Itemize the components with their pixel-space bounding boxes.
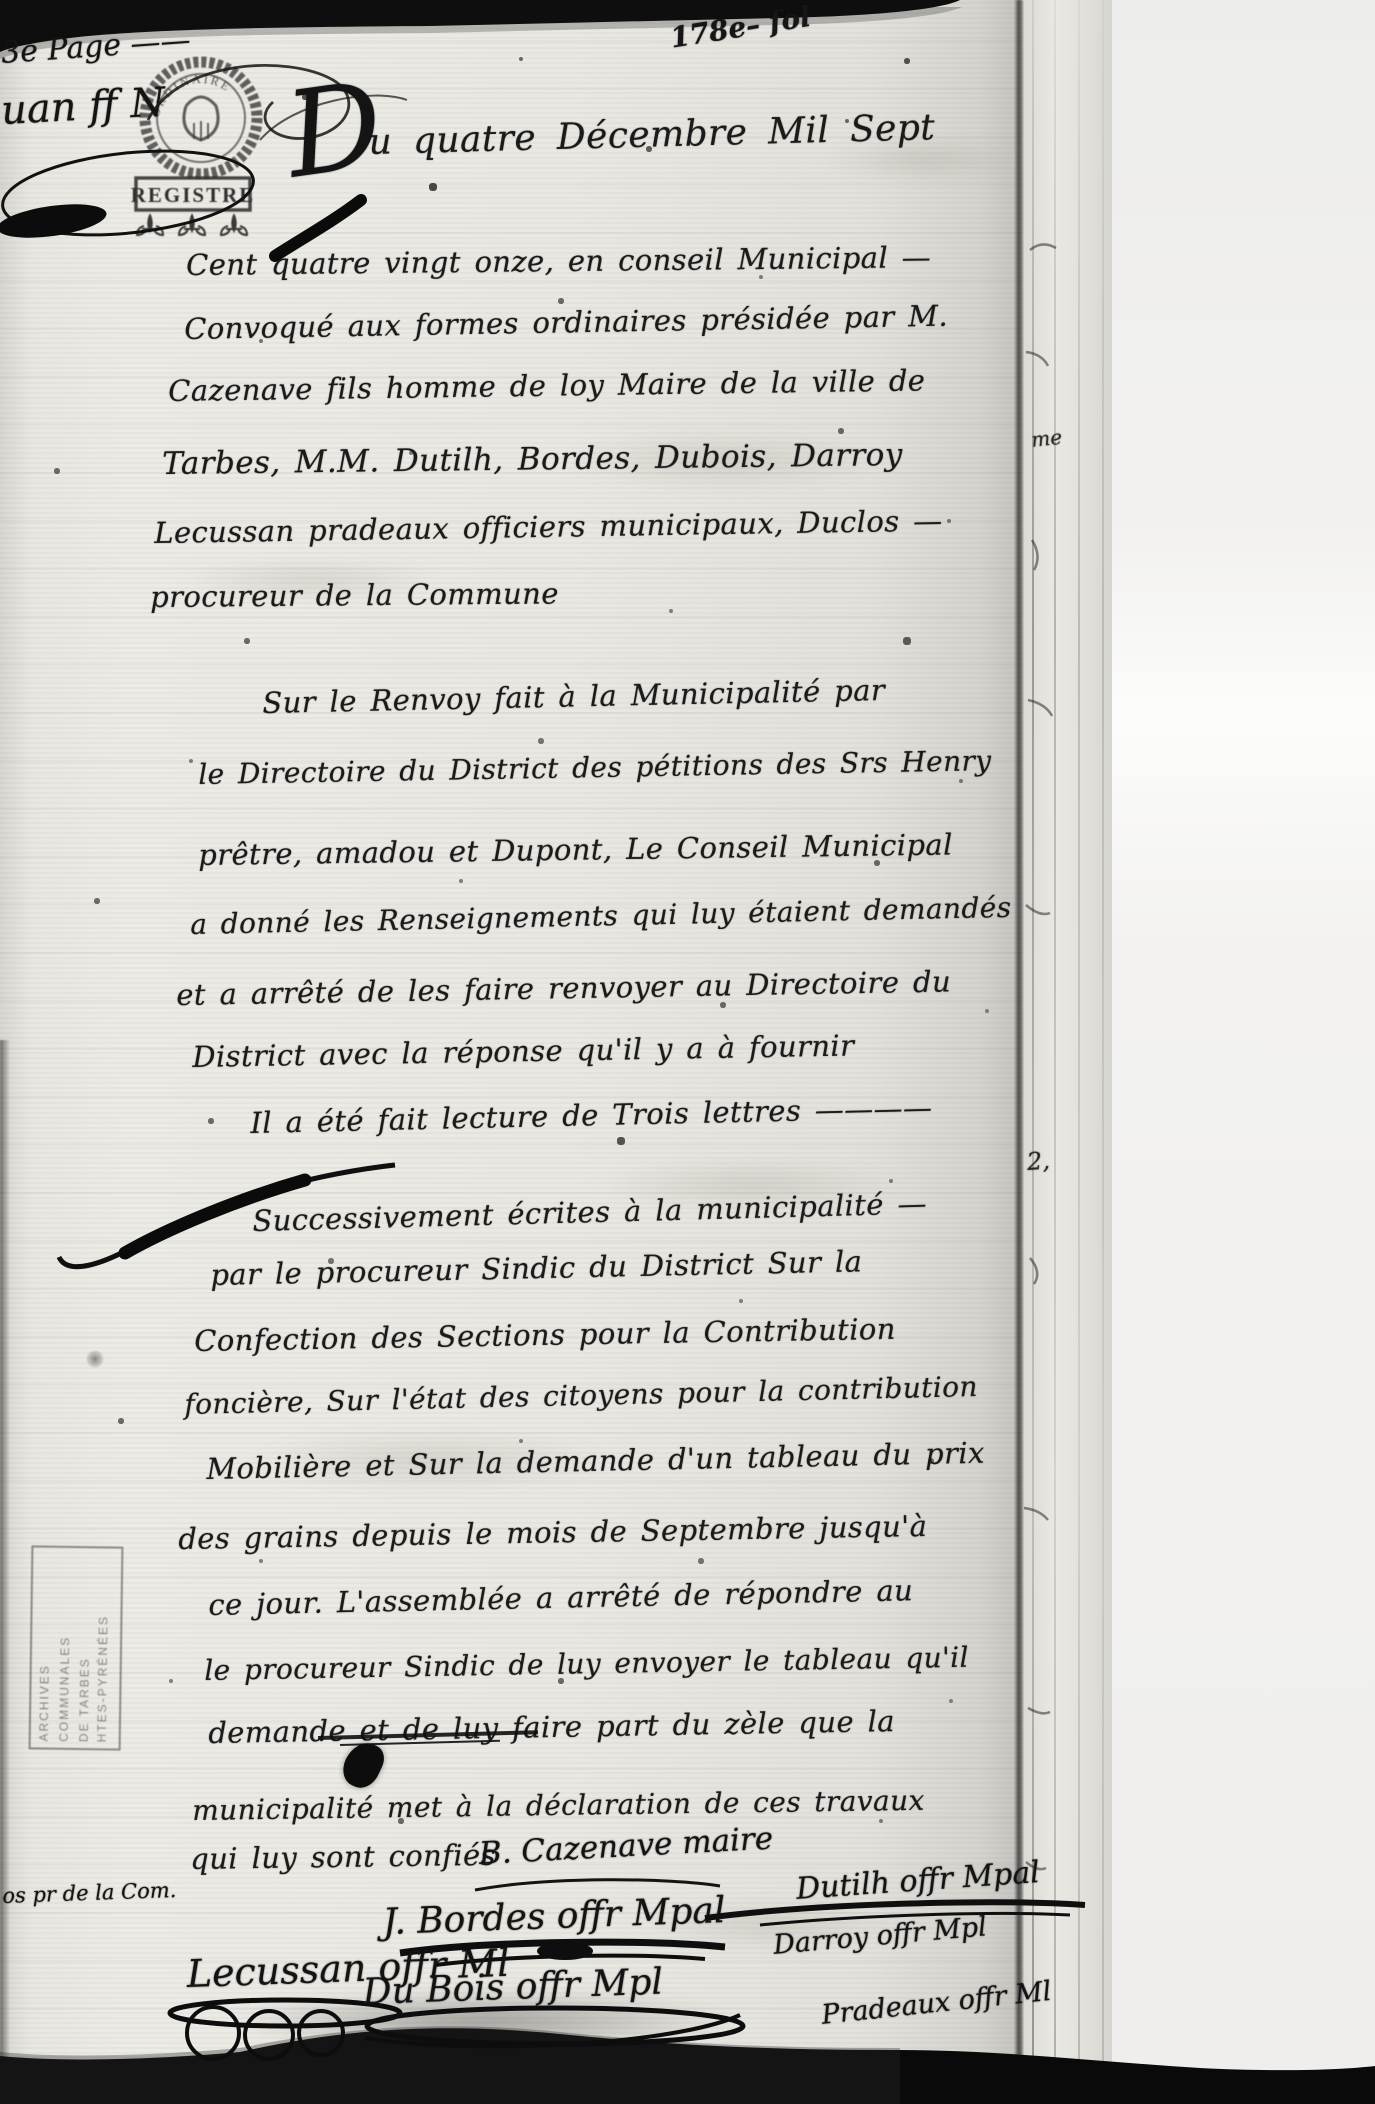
left-scan-edge-shadow	[0, 1040, 10, 2104]
dubois-signature-flourish	[355, 2000, 755, 2055]
paragraph-swash-flourish	[55, 1145, 405, 1280]
scanner-background	[1112, 0, 1375, 2104]
scanned-register-page: ORDINAIRE REGISTRE 3e Page —— uan ff N 1…	[0, 0, 1375, 2104]
archive-stamp: ARCHIVES COMMUNALES DE TARBES HTES-PYRÉN…	[29, 1545, 124, 1750]
archive-stamp-line-1: ARCHIVES	[37, 1553, 54, 1741]
archive-stamp-line-4: HTES-PYRÉNÉES	[95, 1554, 112, 1742]
manuscript-line: procureur de la Commune	[150, 576, 559, 614]
ink-speckles	[0, 0, 2, 2]
manuscript-line: qui luy sont confiés	[190, 1838, 496, 1876]
ink-blot	[86, 1350, 104, 1368]
archive-stamp-line-3: DE TARBES	[77, 1554, 94, 1742]
edge-bleed-marks	[1016, 0, 1116, 2104]
archive-stamp-line-2: COMMUNALES	[57, 1554, 74, 1742]
